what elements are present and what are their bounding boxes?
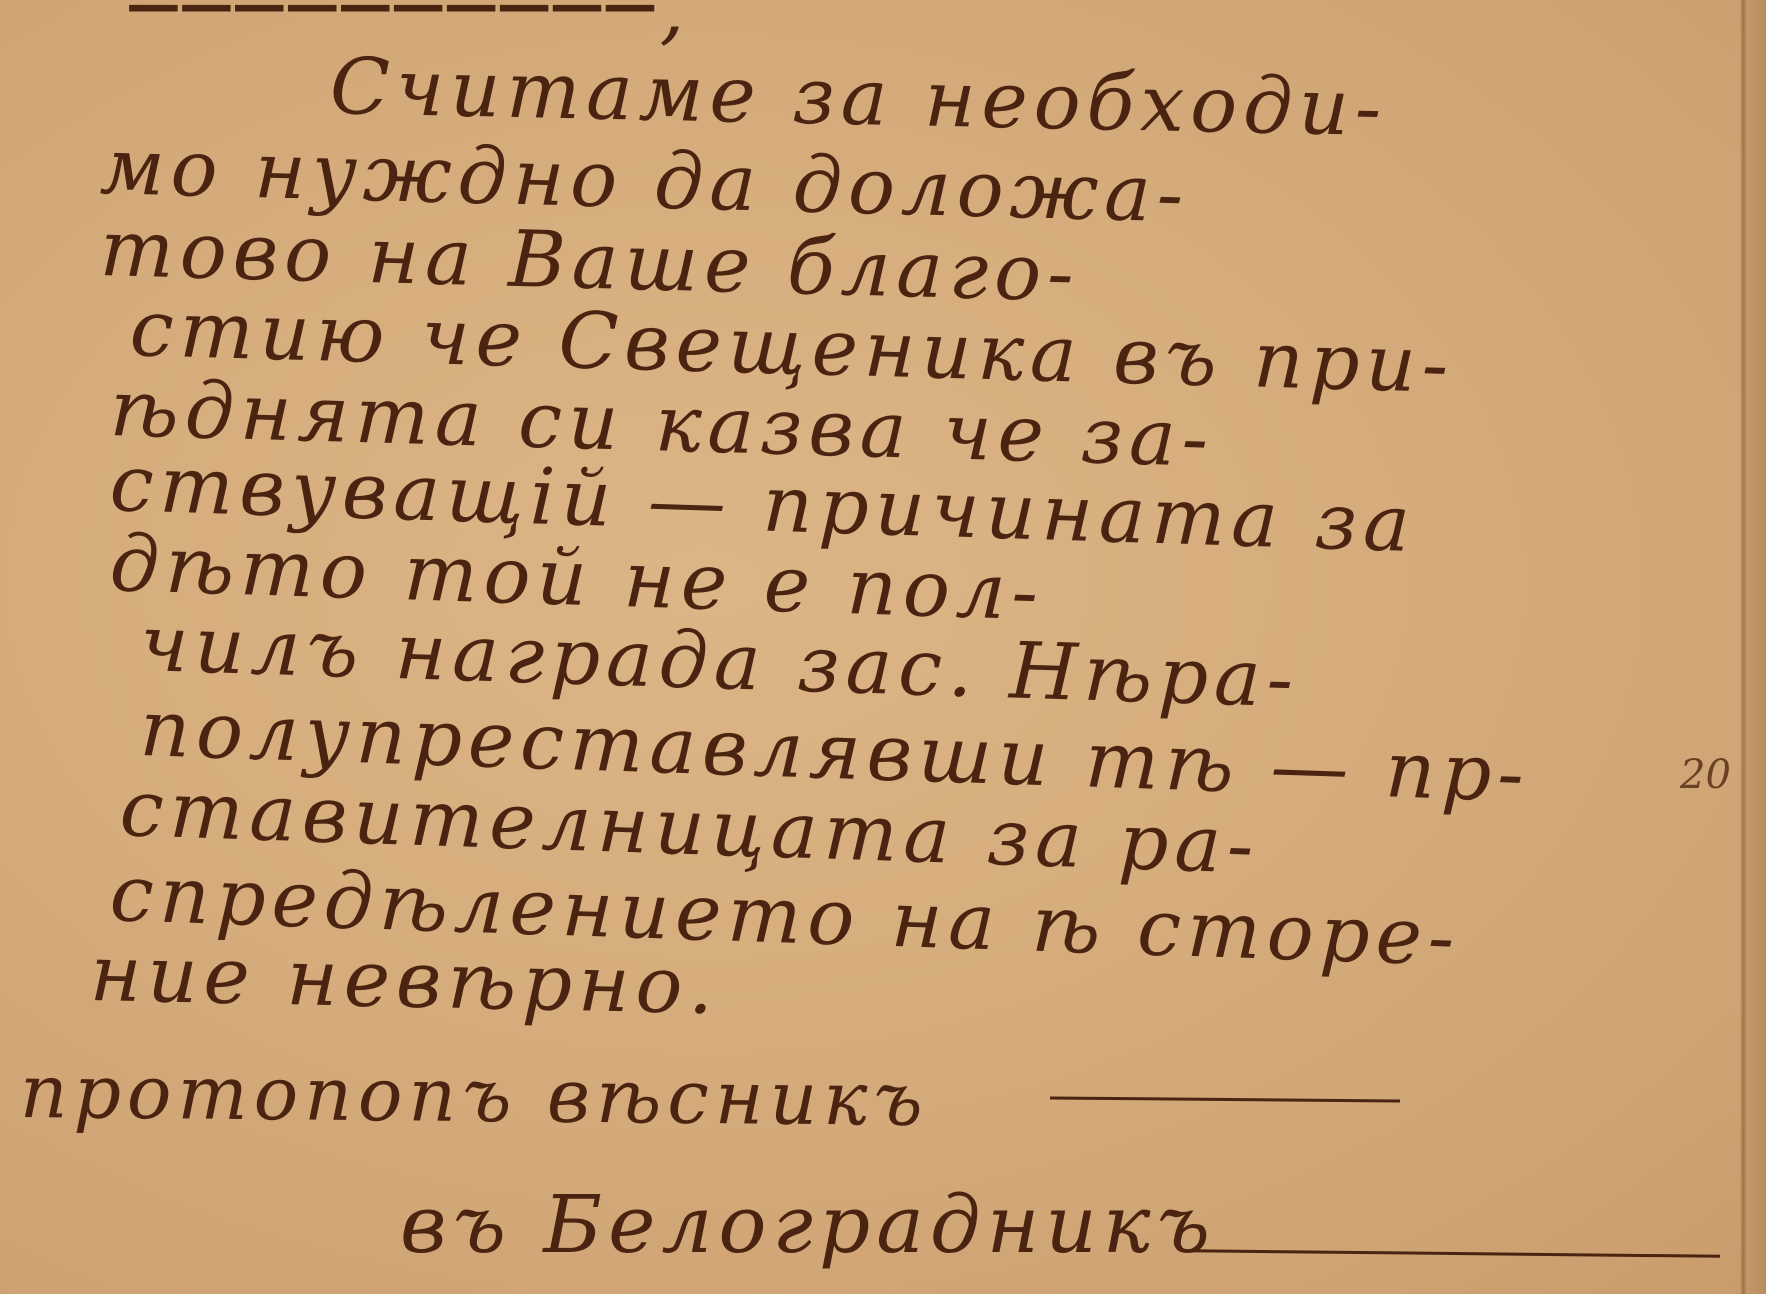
closing-flourish [1050,1096,1400,1102]
margin-note: 20 [1680,752,1731,798]
closing-line: протопопъ вѣсникъ [20,1055,929,1137]
handwritten-line-12: ние невѣрно. [89,935,720,1026]
page-edge-shadow [1744,0,1766,1294]
signature: въ Белоградникъ [400,1185,1216,1265]
handwritten-line-0: ──────────, [130,0,690,48]
letter-page: ──────────, Считаме за необходи- мо нужд… [0,0,1766,1294]
page-edge [1740,0,1746,1294]
signature-flourish [1190,1249,1720,1258]
